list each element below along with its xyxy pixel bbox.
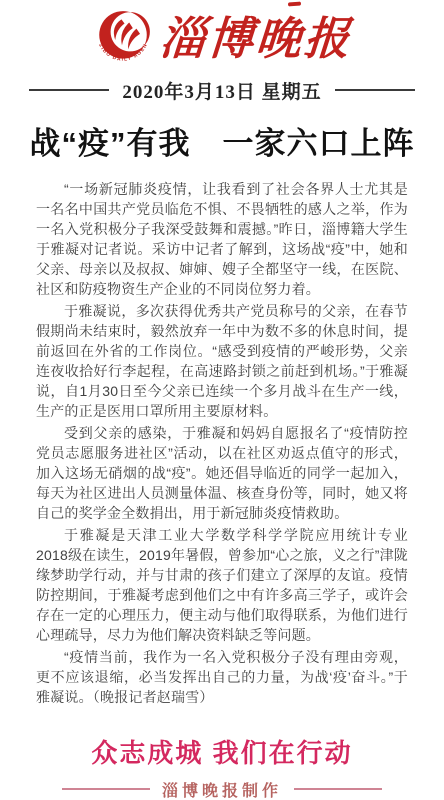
logo-row: ZIBO DAILY AGENCY 淄博晚报 (0, 6, 444, 72)
masthead-header: ZIBO DAILY AGENCY 淄博晚报 2020年3月13日 星期五 (0, 0, 444, 100)
credit-rule-right (294, 788, 382, 790)
date-rule-left (29, 89, 109, 91)
credit-line: 淄博晚报制作 (0, 779, 444, 799)
date-line: 2020年3月13日 星期五 (0, 80, 444, 100)
article-body: “一场新冠肺炎疫情，让我看到了社会各界人士尤其是一名名中国共产党员临危不惧、不畏… (36, 179, 408, 707)
article-paragraph-2: 于雅凝说，多次获得优秀共产党员称号的父亲，在春节假期尚未结束时，毅然放弃一年中为… (36, 301, 408, 421)
credit-text: 淄博晚报制作 (162, 778, 282, 800)
date-text: 2020年3月13日 星期五 (122, 77, 321, 104)
article-paragraph-3: 受到父亲的感染，于雅凝和妈妈自愿报名了“疫情防控党员志愿服务进社区”活动，以在社… (36, 423, 408, 523)
date-rule-right (335, 89, 415, 91)
newspaper-page: ZIBO DAILY AGENCY 淄博晚报 2020年3月13日 星期五 战“… (0, 0, 444, 800)
credit-rule-left (62, 788, 150, 790)
article-paragraph-1: “一场新冠肺炎疫情，让我看到了社会各界人士尤其是一名名中国共产党员临危不惧、不畏… (36, 179, 408, 299)
article-paragraph-4: 于雅凝是天津工业大学数学科学学院应用统计专业2018级在读生，2019年暑假，曾… (36, 525, 408, 645)
masthead-title: 淄博晚报 (158, 17, 353, 62)
article-paragraph-5: “疫情当前，我作为一名入党积极分子没有理由旁观，更不应该退缩，必当发挥出自己的力… (36, 647, 408, 707)
footer: 众志成城 我们在行动 淄博晚报制作 (0, 737, 444, 799)
article-headline: 战“疫”有我 一家六口上阵 (8, 124, 436, 163)
zibo-daily-agency-emblem-icon: ZIBO DAILY AGENCY (92, 8, 154, 70)
footer-slogan: 众志成城 我们在行动 (0, 737, 444, 770)
